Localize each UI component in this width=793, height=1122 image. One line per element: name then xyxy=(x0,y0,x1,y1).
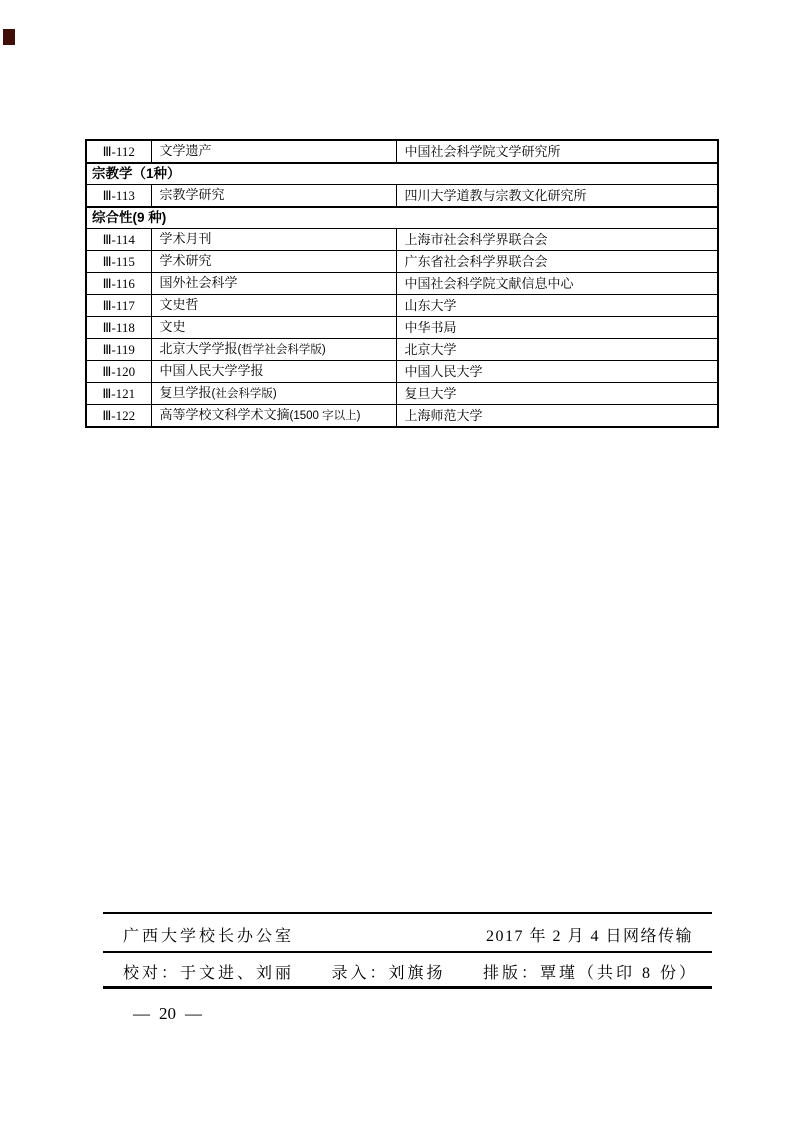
journal-name: 学术研究 xyxy=(160,253,212,268)
scan-artifact-mark xyxy=(3,29,15,45)
journal-name: 国外社会科学 xyxy=(160,275,238,290)
journal-name-cell: 高等学校文科学术文摘(1500 字以上) xyxy=(151,405,396,428)
journal-name: 文史哲 xyxy=(160,297,199,312)
footer-office: 广西大学校长办公室 xyxy=(123,923,294,946)
journal-name: 中国人民大学学报 xyxy=(160,363,264,378)
section-header-cell: 综合性(9 种) xyxy=(86,207,718,229)
footer-line-2: 校对：于文进、刘丽 录入：刘旗扬 排版：覃瑾（共印 8 份） xyxy=(103,958,712,984)
journal-note: (1500 字以上) xyxy=(290,410,361,422)
institution-cell: 北京大学 xyxy=(396,339,718,361)
table-row: Ⅲ-122 高等学校文科学术文摘(1500 字以上) 上海师范大学 xyxy=(86,405,718,428)
footer-rule-bottom xyxy=(103,986,712,989)
institution-cell: 上海市社会科学界联合会 xyxy=(396,229,718,251)
page-number-value: 20 xyxy=(159,1004,176,1024)
journal-code-cell: Ⅲ-121 xyxy=(86,383,151,405)
section-header-cell: 宗教学（1种） xyxy=(86,163,718,185)
footer-typesetter: 排版：覃瑾（共印 8 份） xyxy=(483,960,698,983)
journal-name: 宗教学研究 xyxy=(160,187,225,202)
journal-code-cell: Ⅲ-113 xyxy=(86,185,151,208)
institution-cell: 中国社会科学院文献信息中心 xyxy=(396,273,718,295)
journal-code-cell: Ⅲ-118 xyxy=(86,317,151,339)
journal-name-cell: 国外社会科学 xyxy=(151,273,396,295)
journal-note: (哲学社会科学版) xyxy=(238,344,326,356)
journal-code-cell: Ⅲ-115 xyxy=(86,251,151,273)
journal-code-cell: Ⅲ-120 xyxy=(86,361,151,383)
journal-name: 高等学校文科学术文摘 xyxy=(160,407,290,422)
journal-code-cell: Ⅲ-112 xyxy=(86,140,151,163)
page-number-dash-right: — xyxy=(185,1004,202,1024)
institution-cell: 中国人民大学 xyxy=(396,361,718,383)
institution-cell: 中华书局 xyxy=(396,317,718,339)
journal-name: 复旦学报 xyxy=(160,385,212,400)
page-number-dash-left: — xyxy=(133,1004,150,1024)
table-row: Ⅲ-112 文学遗产 中国社会科学院文学研究所 xyxy=(86,140,718,163)
institution-cell: 广东省社会科学界联合会 xyxy=(396,251,718,273)
footer-line-1: 广西大学校长办公室 2017 年 2 月 4 日网络传输 xyxy=(103,921,712,947)
journal-name-cell: 学术月刊 xyxy=(151,229,396,251)
table-row: Ⅲ-114 学术月刊 上海市社会科学界联合会 xyxy=(86,229,718,251)
table-row: Ⅲ-118 文史 中华书局 xyxy=(86,317,718,339)
table-row: Ⅲ-113 宗教学研究 四川大学道教与宗教文化研究所 xyxy=(86,185,718,208)
journal-name: 北京大学学报 xyxy=(160,341,238,356)
journal-name-cell: 中国人民大学学报 xyxy=(151,361,396,383)
table-row: Ⅲ-121 复旦学报(社会科学版) 复旦大学 xyxy=(86,383,718,405)
institution-cell: 中国社会科学院文学研究所 xyxy=(396,140,718,163)
journal-list-table: Ⅲ-112 文学遗产 中国社会科学院文学研究所 宗教学（1种） Ⅲ-113 宗教… xyxy=(85,139,719,428)
institution-cell: 四川大学道教与宗教文化研究所 xyxy=(396,185,718,208)
institution-cell: 复旦大学 xyxy=(396,383,718,405)
table-row: Ⅲ-119 北京大学学报(哲学社会科学版) 北京大学 xyxy=(86,339,718,361)
table-row: Ⅲ-115 学术研究 广东省社会科学界联合会 xyxy=(86,251,718,273)
section-header-row: 宗教学（1种） xyxy=(86,163,718,185)
journal-name: 文史 xyxy=(160,319,186,334)
journal-name-cell: 文史哲 xyxy=(151,295,396,317)
document-page: Ⅲ-112 文学遗产 中国社会科学院文学研究所 宗教学（1种） Ⅲ-113 宗教… xyxy=(0,0,793,1122)
institution-cell: 上海师范大学 xyxy=(396,405,718,428)
journal-code-cell: Ⅲ-114 xyxy=(86,229,151,251)
journal-name-cell: 复旦学报(社会科学版) xyxy=(151,383,396,405)
journal-name-cell: 文学遗产 xyxy=(151,140,396,163)
page-number: — 20 — xyxy=(133,1004,202,1024)
footer-transmission-date: 2017 年 2 月 4 日网络传输 xyxy=(486,923,693,946)
journal-code-cell: Ⅲ-122 xyxy=(86,405,151,428)
journal-code-cell: Ⅲ-119 xyxy=(86,339,151,361)
journal-name: 学术月刊 xyxy=(160,231,212,246)
table-row: Ⅲ-117 文史哲 山东大学 xyxy=(86,295,718,317)
journal-name: 文学遗产 xyxy=(160,143,212,158)
section-header-row: 综合性(9 种) xyxy=(86,207,718,229)
footer-proofreader: 校对：于文进、刘丽 xyxy=(123,960,294,983)
journal-code-cell: Ⅲ-117 xyxy=(86,295,151,317)
journal-name-cell: 文史 xyxy=(151,317,396,339)
journal-note: (社会科学版) xyxy=(212,388,277,400)
footer-rule-top xyxy=(103,912,712,914)
journal-name-cell: 学术研究 xyxy=(151,251,396,273)
journal-code-cell: Ⅲ-116 xyxy=(86,273,151,295)
table-row: Ⅲ-116 国外社会科学 中国社会科学院文献信息中心 xyxy=(86,273,718,295)
footer-data-entry: 录入：刘旗扬 xyxy=(331,960,445,983)
footer-rule-middle xyxy=(103,951,712,953)
journal-name-cell: 北京大学学报(哲学社会科学版) xyxy=(151,339,396,361)
table-row: Ⅲ-120 中国人民大学学报 中国人民大学 xyxy=(86,361,718,383)
journal-name-cell: 宗教学研究 xyxy=(151,185,396,208)
institution-cell: 山东大学 xyxy=(396,295,718,317)
